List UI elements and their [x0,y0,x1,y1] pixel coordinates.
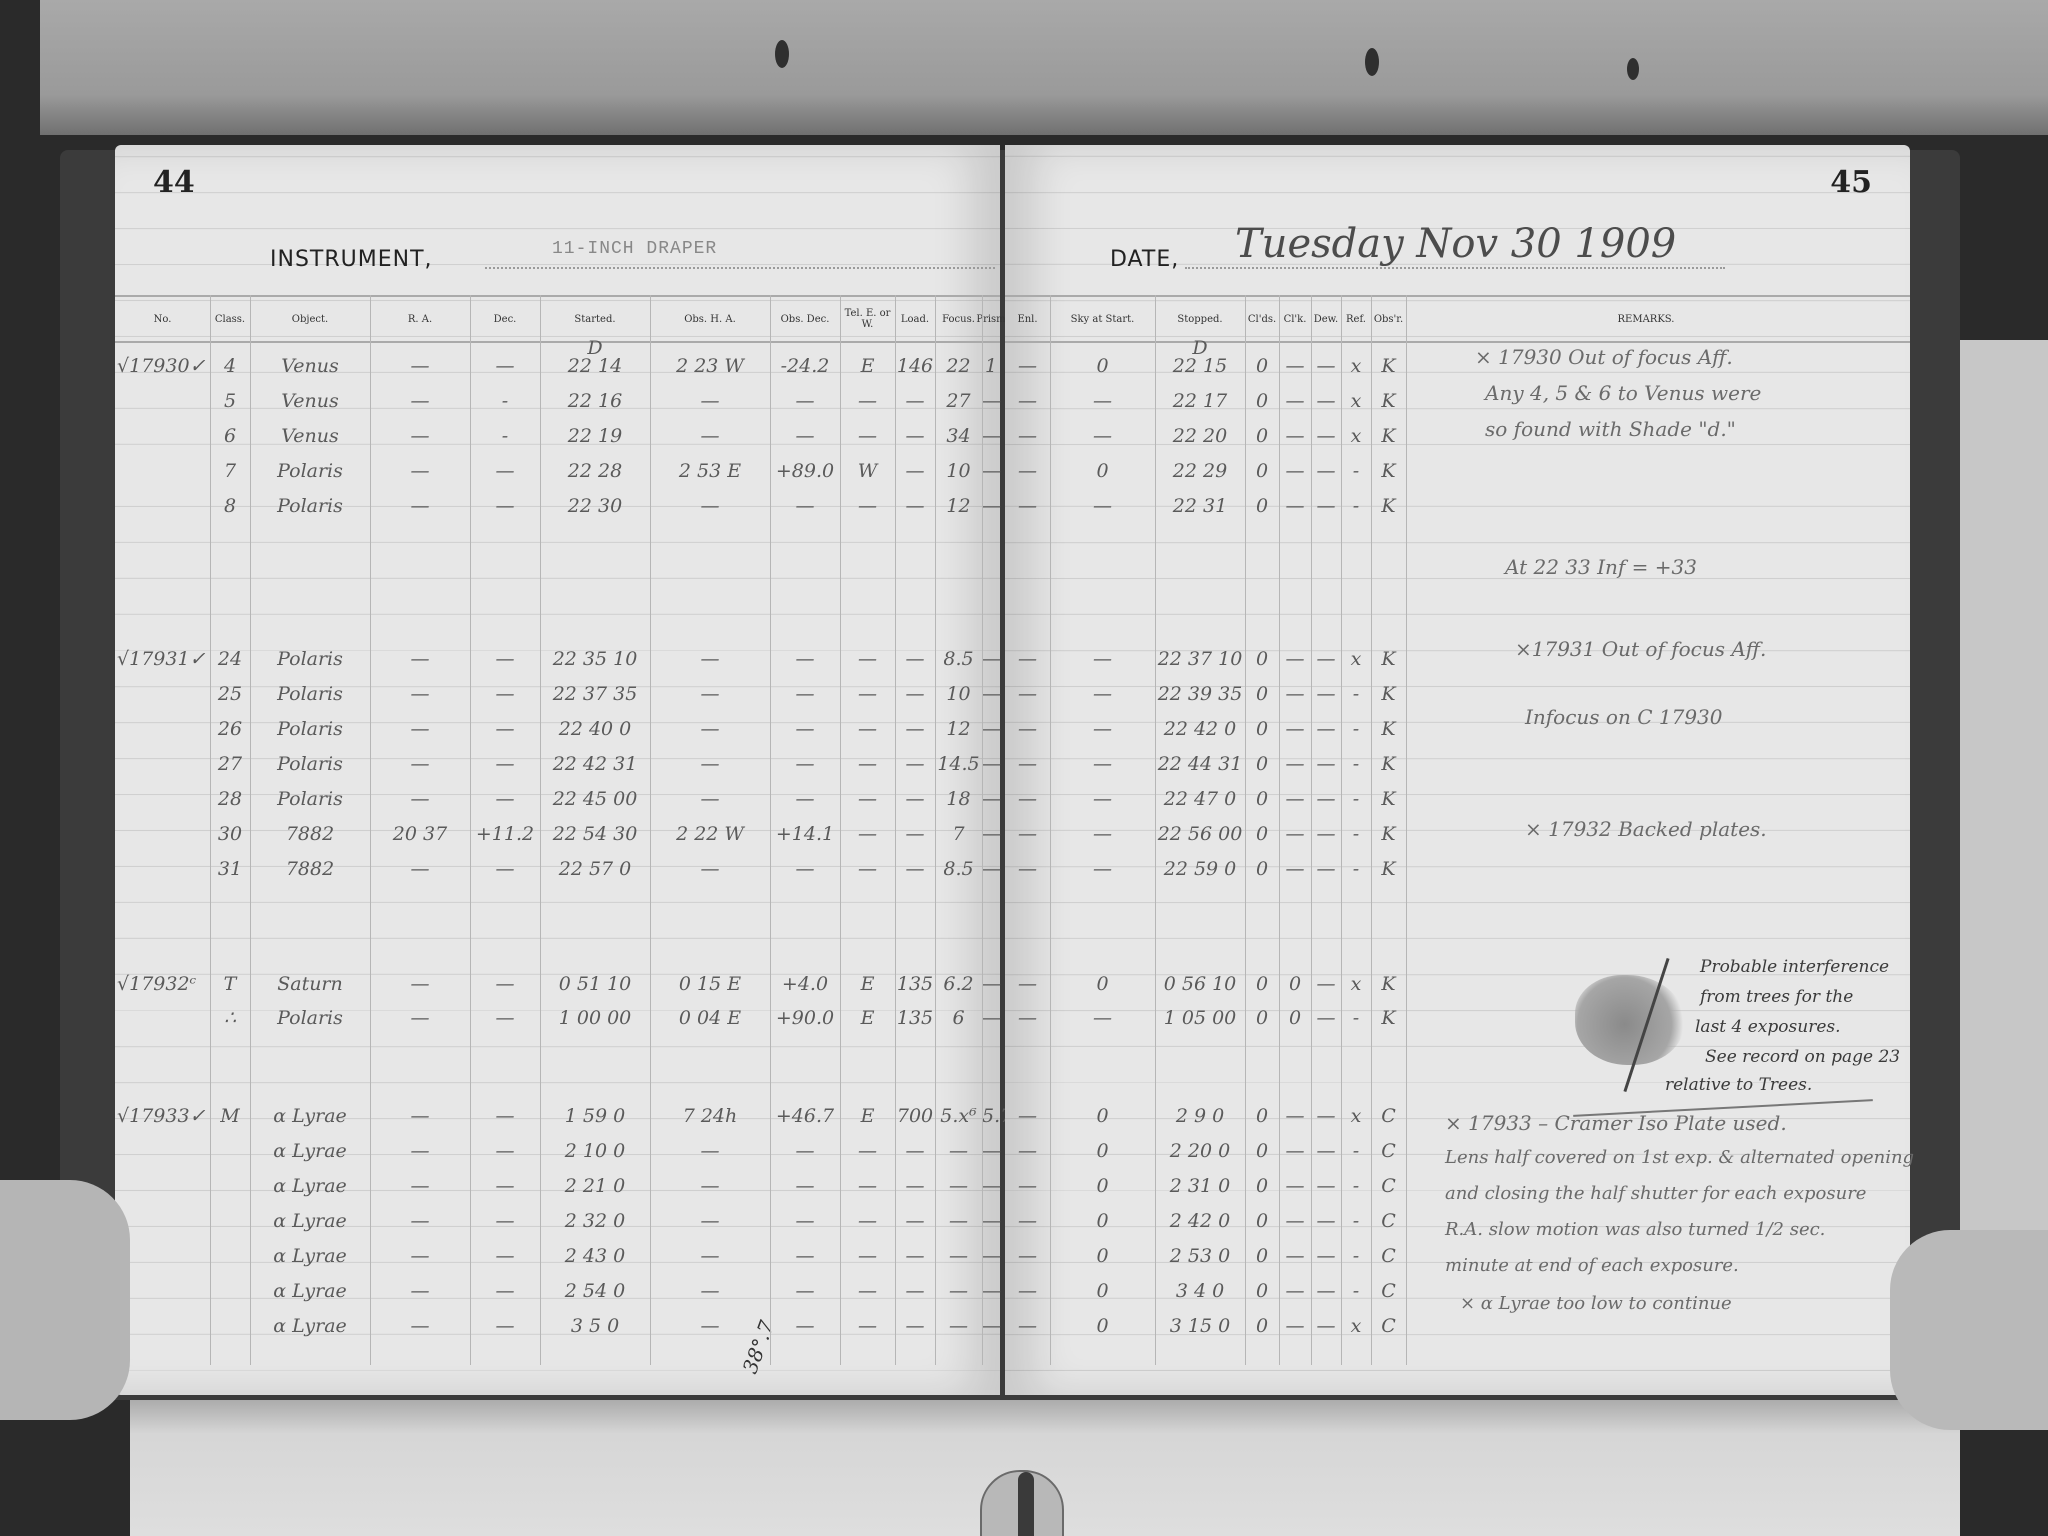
remark: × 17930 Out of focus Aff. [1475,345,1733,369]
cell-clk: 0 [1279,1007,1311,1029]
cell-obs-dec: — [770,495,840,517]
cell-obs-dec: +90.0 [770,1007,840,1029]
cell-obs-dec: — [770,1140,840,1162]
cell-dec: — [470,973,540,995]
cell-prism: — [982,495,1000,517]
plate-number: √17933✓ [117,1105,205,1127]
column-header: Started. [540,297,650,341]
cell-prism: — [982,718,1000,740]
cell-enl: — [1005,788,1050,810]
cell-sky: 0 [1050,355,1155,377]
cell-load: 135 [895,973,935,995]
cell-started: 2 32 0 [540,1210,650,1232]
cell-clk: — [1279,355,1311,377]
cell-clk: — [1279,1315,1311,1337]
column-rule [982,295,983,1365]
cell-dew: — [1311,683,1341,705]
cell-clk: — [1279,495,1311,517]
cell-ref: - [1341,823,1371,845]
cell-obs-ha: — [650,1210,770,1232]
cell-obs-ha: — [650,683,770,705]
cell-load: — [895,1315,935,1337]
cell-prism: — [982,390,1000,412]
cell-dew: — [1311,1007,1341,1029]
cell-ref: - [1341,683,1371,705]
cell-clk: — [1279,1105,1311,1127]
cell-ref: x [1341,1315,1371,1337]
cell-stopped: 22 29 [1155,460,1245,482]
remark: ×17931 Out of focus Aff. [1515,637,1766,661]
cell-obs-dec: — [770,683,840,705]
cell-ra: — [370,753,470,775]
cell-ra: — [370,788,470,810]
cell-load: 700 [895,1105,935,1127]
cell-obsr: C [1371,1175,1406,1197]
cell-prism: — [982,425,1000,447]
cell-stopped: 22 59 0 [1155,858,1245,880]
cell-sky: 0 [1050,1315,1155,1337]
cell-load: — [895,390,935,412]
cell-sky: — [1050,858,1155,880]
cell-object: Venus [250,425,370,447]
cell-object: Polaris [250,683,370,705]
cell-sky: — [1050,648,1155,670]
cell-prism: — [982,1315,1000,1337]
cell-load: — [895,1245,935,1267]
cell-focus: — [935,1210,982,1232]
date-value: Tuesday Nov 30 1909 [1235,221,1676,267]
cell-tel: — [840,1280,895,1302]
cell-dec: - [470,425,540,447]
cell-ra: — [370,1140,470,1162]
cell-obs-dec: — [770,648,840,670]
cell-clk: — [1279,718,1311,740]
cell-stopped: 1 05 00 [1155,1007,1245,1029]
cell-focus: 10 [935,460,982,482]
cell-dew: — [1311,823,1341,845]
cell-object: α Lyrae [250,1140,370,1162]
cell-sky: — [1050,495,1155,517]
cell-enl: — [1005,858,1050,880]
cell-focus: 8.5 [935,858,982,880]
cell-started: 22 37 35 [540,683,650,705]
cell-enl: — [1005,753,1050,775]
cell-obs-ha: — [650,718,770,740]
cell-started: 2 43 0 [540,1245,650,1267]
page-number: 44 [153,165,195,200]
cell-clk: — [1279,425,1311,447]
cell-prism: — [982,1280,1000,1302]
cell-obs-ha: — [650,390,770,412]
column-header: Stopped. [1155,297,1245,341]
cell-clds: 0 [1245,1280,1279,1302]
cell-load: — [895,683,935,705]
column-header-row: No.Class.Object.R. A.Dec.Started.Obs. H.… [115,295,1000,343]
cell-ra: — [370,1007,470,1029]
cell-obsr: K [1371,425,1406,447]
cell-enl: — [1005,1140,1050,1162]
column-header: Tel. E. or W. [840,297,895,341]
cell-stopped: 3 4 0 [1155,1280,1245,1302]
cell-clds: 0 [1245,390,1279,412]
cell-ra: — [370,648,470,670]
cell-clk: — [1279,1175,1311,1197]
cell-object: α Lyrae [250,1175,370,1197]
cell-tel: — [840,753,895,775]
cell-clk: — [1279,390,1311,412]
cell-prism: — [982,1210,1000,1232]
cell-ref: x [1341,390,1371,412]
cell-enl: — [1005,1245,1050,1267]
cell-ref: x [1341,425,1371,447]
column-rule [895,295,896,1365]
cell-clds: 0 [1245,788,1279,810]
cell-tel: — [840,1315,895,1337]
plate-number: √17931✓ [117,648,205,670]
cell-load: — [895,753,935,775]
clamp-pin [1018,1472,1034,1536]
cell-started: 3 5 0 [540,1315,650,1337]
cell-clds: 0 [1245,718,1279,740]
ink-stain [1575,975,1685,1065]
cell-started: 22 42 31 [540,753,650,775]
cell-sky: — [1050,683,1155,705]
cell-tel: E [840,1007,895,1029]
cell-ref: - [1341,1245,1371,1267]
cell-obs-ha: 0 15 E [650,973,770,995]
cell-clk: — [1279,823,1311,845]
cell-clk: — [1279,788,1311,810]
cell-obsr: K [1371,355,1406,377]
cell-dew: — [1311,390,1341,412]
column-header: Prism [982,297,1000,341]
cell-started: 1 59 0 [540,1105,650,1127]
cell-tel: W [840,460,895,482]
cell-clk: — [1279,1140,1311,1162]
cell-enl: — [1005,1210,1050,1232]
cell-obsr: K [1371,718,1406,740]
cell-focus: — [935,1245,982,1267]
cell-object: Polaris [250,788,370,810]
cell-obsr: K [1371,683,1406,705]
cell-prism: — [982,460,1000,482]
margin-note: relative to Trees. [1665,1075,1812,1095]
remark: × 17933 – Cramer Iso Plate used. [1445,1111,1787,1135]
cell-dew: — [1311,718,1341,740]
margin-note: from trees for the [1700,987,1853,1007]
cell-load: — [895,823,935,845]
instrument-dotline [485,267,995,269]
cell-sky: 0 [1050,1280,1155,1302]
cell-prism: — [982,858,1000,880]
column-rule [770,295,771,1365]
cell-dec: - [470,390,540,412]
cell-object: Venus [250,355,370,377]
cell-enl: — [1005,648,1050,670]
cell-obs-ha: — [650,753,770,775]
cell-sky: — [1050,390,1155,412]
cell-prism: 5.7ᴬ [982,1105,1000,1127]
cell-ref: - [1341,788,1371,810]
cell-prism: — [982,1175,1000,1197]
cell-dec: — [470,1175,540,1197]
cell-ref: - [1341,1280,1371,1302]
cell-class: 31 [210,858,250,880]
column-rule [1371,295,1372,1365]
cell-clk: — [1279,753,1311,775]
column-rule [1245,295,1246,1365]
cell-clds: 0 [1245,495,1279,517]
cell-load: — [895,648,935,670]
column-rule [1155,295,1156,1365]
cell-obs-ha: — [650,1140,770,1162]
wooden-board-top [40,0,2048,135]
cell-object: Polaris [250,495,370,517]
column-rule [1406,295,1407,1365]
column-rule [840,295,841,1365]
cell-load: — [895,788,935,810]
column-rule [1050,295,1051,1365]
cell-load: — [895,1210,935,1232]
column-rule [1311,295,1312,1365]
cell-clds: 0 [1245,858,1279,880]
cell-enl: — [1005,1105,1050,1127]
cell-ra: — [370,1105,470,1127]
side-paper [1960,340,2048,1240]
cell-prism: — [982,973,1000,995]
cell-obs-ha: — [650,495,770,517]
column-header: Sky at Start. [1050,297,1155,341]
cell-dew: — [1311,1210,1341,1232]
cell-sky: 0 [1050,460,1155,482]
remark: Lens half covered on 1st exp. & alternat… [1445,1147,1914,1168]
cell-load: — [895,718,935,740]
cell-clk: — [1279,683,1311,705]
cell-tel: — [840,1140,895,1162]
cell-obs-dec: — [770,390,840,412]
cell-dec: — [470,1315,540,1337]
cell-prism: — [982,683,1000,705]
cell-object: α Lyrae [250,1315,370,1337]
hand-right [1890,1230,2048,1430]
column-header: REMARKS. [1406,297,1886,341]
cell-stopped: 22 44 31 [1155,753,1245,775]
cell-dew: — [1311,495,1341,517]
column-rule [470,295,471,1365]
cell-tel: — [840,718,895,740]
cell-obsr: K [1371,1007,1406,1029]
cell-load: — [895,1175,935,1197]
column-header: Load. [895,297,935,341]
cell-clk: — [1279,1280,1311,1302]
cell-dew: — [1311,858,1341,880]
cell-tel: — [840,648,895,670]
cell-stopped: 22 42 0 [1155,718,1245,740]
cell-obsr: K [1371,858,1406,880]
cell-load: 135 [895,1007,935,1029]
cell-object: Polaris [250,648,370,670]
cell-ref: x [1341,648,1371,670]
column-rule [210,295,211,1365]
cell-class: 26 [210,718,250,740]
cell-sky: — [1050,1007,1155,1029]
cell-ra: — [370,1245,470,1267]
cell-clds: 0 [1245,973,1279,995]
cell-clds: 0 [1245,1007,1279,1029]
cell-obsr: K [1371,753,1406,775]
cell-ra: 20 37 [370,823,470,845]
cell-ref: - [1341,1175,1371,1197]
cell-dew: — [1311,753,1341,775]
cell-tel: — [840,788,895,810]
cell-started: 22 19 [540,425,650,447]
cell-class: T [210,973,250,995]
cell-dec: — [470,1245,540,1267]
cell-dec: — [470,1210,540,1232]
cell-class: 6 [210,425,250,447]
cell-stopped: 22 56 00 [1155,823,1245,845]
cell-ref: - [1341,495,1371,517]
cell-dec: — [470,460,540,482]
cell-ra: — [370,1315,470,1337]
column-header: Object. [250,297,370,341]
cell-clk: 0 [1279,973,1311,995]
cell-dew: — [1311,1245,1341,1267]
column-header: Class. [210,297,250,341]
cell-load: 146 [895,355,935,377]
column-header: Enl. [1005,297,1050,341]
cell-dec: — [470,1140,540,1162]
cell-dew: — [1311,355,1341,377]
column-header: Dec. [470,297,540,341]
cell-obsr: C [1371,1245,1406,1267]
cell-ra: — [370,355,470,377]
cell-clds: 0 [1245,1315,1279,1337]
column-rule [1279,295,1280,1365]
column-rule [250,295,251,1365]
cell-stopped: 2 20 0 [1155,1140,1245,1162]
cell-focus: 34 [935,425,982,447]
cell-focus: 6 [935,1007,982,1029]
cell-prism: — [982,648,1000,670]
column-header: R. A. [370,297,470,341]
cell-focus: 12 [935,718,982,740]
cell-started: 22 35 10 [540,648,650,670]
cell-dec: — [470,718,540,740]
cell-clds: 0 [1245,355,1279,377]
cell-ref: - [1341,858,1371,880]
cell-obs-dec: — [770,753,840,775]
cell-ra: — [370,718,470,740]
remark: so found with Shade "d." [1485,417,1736,441]
cell-started: 22 40 0 [540,718,650,740]
cell-prism: — [982,1245,1000,1267]
cell-load: — [895,1140,935,1162]
cell-obs-ha: — [650,788,770,810]
cell-dew: — [1311,1105,1341,1127]
cell-load: — [895,495,935,517]
cell-obsr: K [1371,495,1406,517]
cell-focus: 10 [935,683,982,705]
cell-started: 2 54 0 [540,1280,650,1302]
cell-focus: 6.2 [935,973,982,995]
cell-object: 7882 [250,823,370,845]
cell-obsr: K [1371,788,1406,810]
cell-focus: 14.5 [935,753,982,775]
cell-clds: 0 [1245,753,1279,775]
cell-focus: — [935,1280,982,1302]
cell-stopped: 22 47 0 [1155,788,1245,810]
column-header: Obs'r. [1371,297,1406,341]
cell-started: 22 30 [540,495,650,517]
cell-enl: — [1005,495,1050,517]
cell-object: α Lyrae [250,1280,370,1302]
cell-obs-dec: +4.0 [770,973,840,995]
nail-hole [1627,58,1639,80]
cell-stopped: 2 31 0 [1155,1175,1245,1197]
cell-clk: — [1279,1210,1311,1232]
cell-dec: — [470,858,540,880]
cell-obs-dec: — [770,1210,840,1232]
remark: × α Lyrae too low to continue [1460,1293,1732,1314]
right-page: 45 DATE, Tuesday Nov 30 1909 Enl.Sky at … [1005,145,1910,1395]
cell-clds: 0 [1245,683,1279,705]
cell-dew: — [1311,788,1341,810]
cell-enl: — [1005,973,1050,995]
column-rule [540,295,541,1365]
cell-enl: — [1005,425,1050,447]
cell-ref: - [1341,718,1371,740]
cell-dew: — [1311,425,1341,447]
cell-tel: — [840,858,895,880]
cell-prism: — [982,1140,1000,1162]
cell-started: 0 51 10 [540,973,650,995]
cell-sky: 0 [1050,1140,1155,1162]
cell-prism: — [982,753,1000,775]
cell-dec: — [470,355,540,377]
remark: Any 4, 5 & 6 to Venus were [1485,381,1761,405]
cell-obs-dec: +89.0 [770,460,840,482]
cell-dew: — [1311,1315,1341,1337]
column-header-row: Enl.Sky at Start.Stopped.Cl'ds.Cl'k.Dew.… [1005,295,1910,343]
cell-sky: — [1050,823,1155,845]
cell-ref: - [1341,1210,1371,1232]
plate-number: √17932ᶜ [117,973,196,995]
cell-clds: 0 [1245,1210,1279,1232]
cell-obs-ha: 2 22 W [650,823,770,845]
cell-obs-dec: -24.2 [770,355,840,377]
cell-obsr: K [1371,648,1406,670]
cell-tel: — [840,1245,895,1267]
cell-obs-dec: — [770,1315,840,1337]
remark: R.A. slow motion was also turned 1/2 sec… [1445,1219,1825,1240]
cell-obs-dec: +46.7 [770,1105,840,1127]
cell-ra: — [370,390,470,412]
cell-obs-ha: 7 24h [650,1105,770,1127]
cell-object: α Lyrae [250,1105,370,1127]
cell-load: — [895,425,935,447]
cell-enl: — [1005,390,1050,412]
cell-ra: — [370,495,470,517]
cell-prism: 1 [982,355,1000,377]
cell-obs-dec: — [770,1175,840,1197]
cell-dec: — [470,788,540,810]
cell-tel: E [840,1105,895,1127]
cell-object: 7882 [250,858,370,880]
cell-focus: 8.5 [935,648,982,670]
cell-enl: — [1005,460,1050,482]
cell-ref: - [1341,1140,1371,1162]
